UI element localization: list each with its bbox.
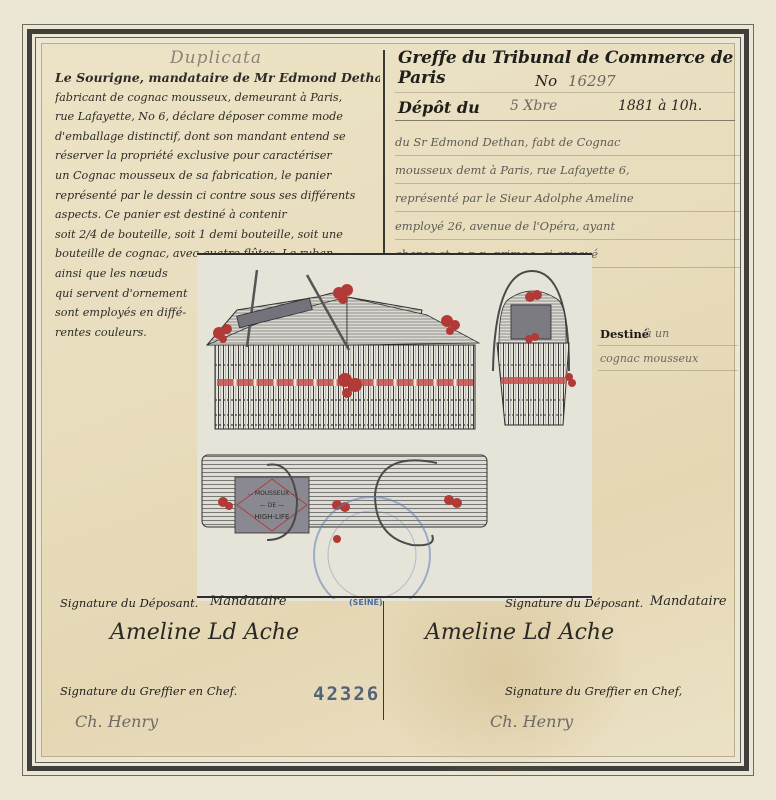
box-label-line3: HIGH-LIFE xyxy=(255,513,290,521)
registration-number: No 16297 xyxy=(535,72,616,90)
signature-divider xyxy=(383,590,384,720)
detail-line: mousseux demt à Paris, rue Lafayette 6, xyxy=(395,156,740,184)
deposit-details: du Sr Edmond Dethan, fabt de Cognac mous… xyxy=(395,128,740,268)
depot-year-time: 1881 à 10h. xyxy=(618,98,702,114)
declaration-line: rue Lafayette, No 6, déclare déposer com… xyxy=(55,107,380,127)
column-divider xyxy=(383,50,385,255)
seal-text: (SEINE) xyxy=(349,598,383,607)
stamp-number: 42326 xyxy=(313,683,380,705)
duplicata-annotation: Duplicata xyxy=(170,48,262,68)
basket-illustration: ... MOUSSEUX ... — DE — HIGH-LIFE xyxy=(197,253,592,601)
ruled-line xyxy=(598,370,738,371)
declaration-line: représenté par le dessin ci contre sous … xyxy=(55,186,380,206)
deposant-label-right: Signature du Déposant. xyxy=(505,596,643,610)
box-label-line1: ... MOUSSEUX ... xyxy=(247,490,297,497)
deposant-signature-left: Ameline Ld Ache xyxy=(110,620,299,645)
box-label-line2: — DE — xyxy=(260,502,284,509)
greffier-label-right: Signature du Greffier en Chef, xyxy=(505,684,682,698)
destine-value-2: cognac mousseux xyxy=(600,352,698,365)
ruled-line xyxy=(395,120,735,121)
depot-date: 5 Xbre xyxy=(510,98,557,114)
number-value: 16297 xyxy=(568,72,616,90)
detail-line: représenté par le Sieur Adolphe Ameline xyxy=(395,184,740,212)
declaration-line: aspects. Ce panier est destiné à conteni… xyxy=(55,205,380,225)
destine-value: à un xyxy=(645,327,669,340)
destine-label: Destiné xyxy=(600,327,649,341)
declaration-line: soit 2/4 de bouteille, soit 1 demi boute… xyxy=(55,225,380,245)
declaration-line: réserver la propriété exclusive pour car… xyxy=(55,146,380,166)
greffier-label-left: Signature du Greffier en Chef. xyxy=(60,684,237,698)
declaration-line: d'emballage distinctif, dont son mandant… xyxy=(55,127,380,147)
ruled-line xyxy=(598,345,738,346)
declaration-line: Le Sourigne, mandataire de Mr Edmond Det… xyxy=(55,68,380,88)
depot-label: Dépôt du xyxy=(398,98,480,117)
deposant-note-right: Mandataire xyxy=(650,594,727,609)
detail-line: employé 26, avenue de l'Opéra, ayant xyxy=(395,212,740,240)
detail-line: du Sr Edmond Dethan, fabt de Cognac xyxy=(395,128,740,156)
deposant-label-left: Signature du Déposant. xyxy=(60,596,198,610)
declaration-line: un Cognac mousseux de sa fabrication, le… xyxy=(55,166,380,186)
greffier-signature-right: Ch. Henry xyxy=(490,712,573,731)
basket-drawing: ... MOUSSEUX ... — DE — HIGH-LIFE xyxy=(197,255,592,599)
deposant-note-left: Mandataire xyxy=(210,594,287,609)
greffier-signature-left: Ch. Henry xyxy=(75,712,158,731)
declaration-line: fabricant de cognac mousseux, demeurant … xyxy=(55,88,380,108)
ruled-line xyxy=(395,92,735,93)
number-label: No xyxy=(535,72,557,90)
deposant-signature-right: Ameline Ld Ache xyxy=(425,620,614,645)
